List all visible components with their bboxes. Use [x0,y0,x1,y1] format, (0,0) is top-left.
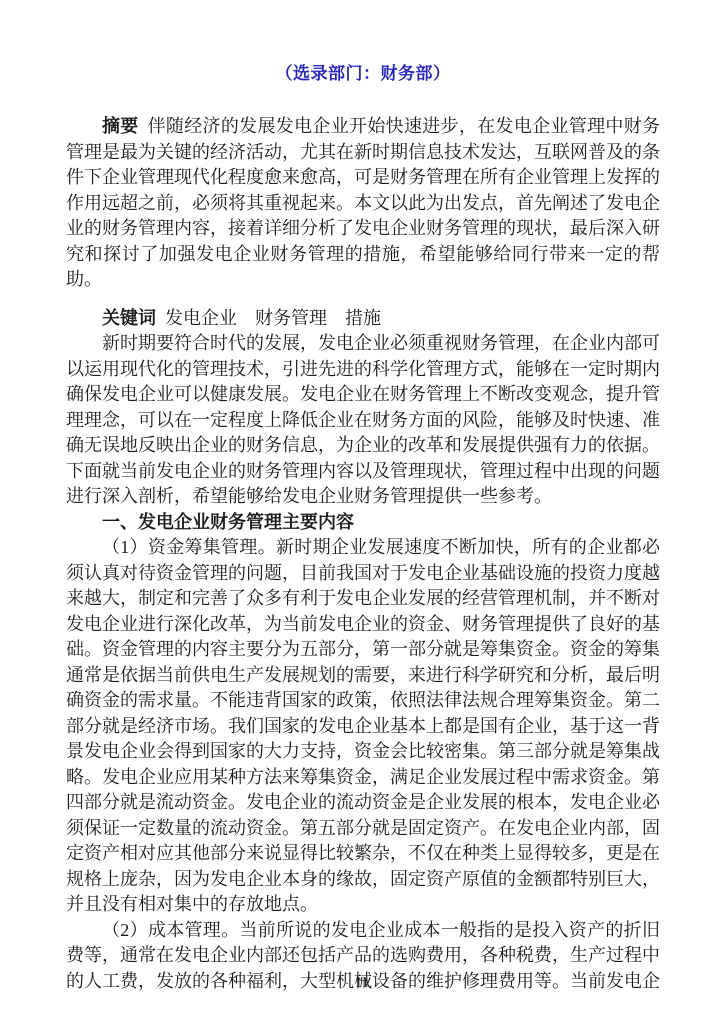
abstract-text: 伴随经济的发展发电企业开始快速进步，在发电企业管理中财务管理是最为关键的经济活动… [66,116,660,289]
page-number-right-dash: - [375,975,380,991]
intro-paragraph: 新时期要符合时代的发展，发电企业必须重视财务管理，在企业内部可以运用现代化的管理… [66,331,660,510]
document-page: （选录部门：财务部） 摘要伴随经济的发展发电企业开始快速进步，在发电企业管理中财… [0,0,724,1024]
document-content: （选录部门：财务部） 摘要伴随经济的发展发电企业开始快速进步，在发电企业管理中财… [66,0,660,994]
abstract-label: 摘要 [102,116,148,136]
keywords-paragraph: 关键词发电企业 财务管理 措施 [66,306,660,332]
doc-title: （选录部门：财务部） [66,62,660,86]
section-1-heading: 一、发电企业财务管理主要内容 [66,510,660,536]
keywords-label: 关键词 [102,308,165,328]
page-number: -11- [0,974,724,992]
paragraph-funding-management: （1）资金筹集管理。新时期企业发展速度不断加快，所有的企业都必须认真对待资金管理… [66,535,660,918]
abstract-paragraph: 摘要伴随经济的发展发电企业开始快速进步，在发电企业管理中财务管理是最为关键的经济… [66,114,660,293]
page-number-value: 11 [349,975,375,991]
keywords-text: 发电企业 财务管理 措施 [165,308,381,328]
